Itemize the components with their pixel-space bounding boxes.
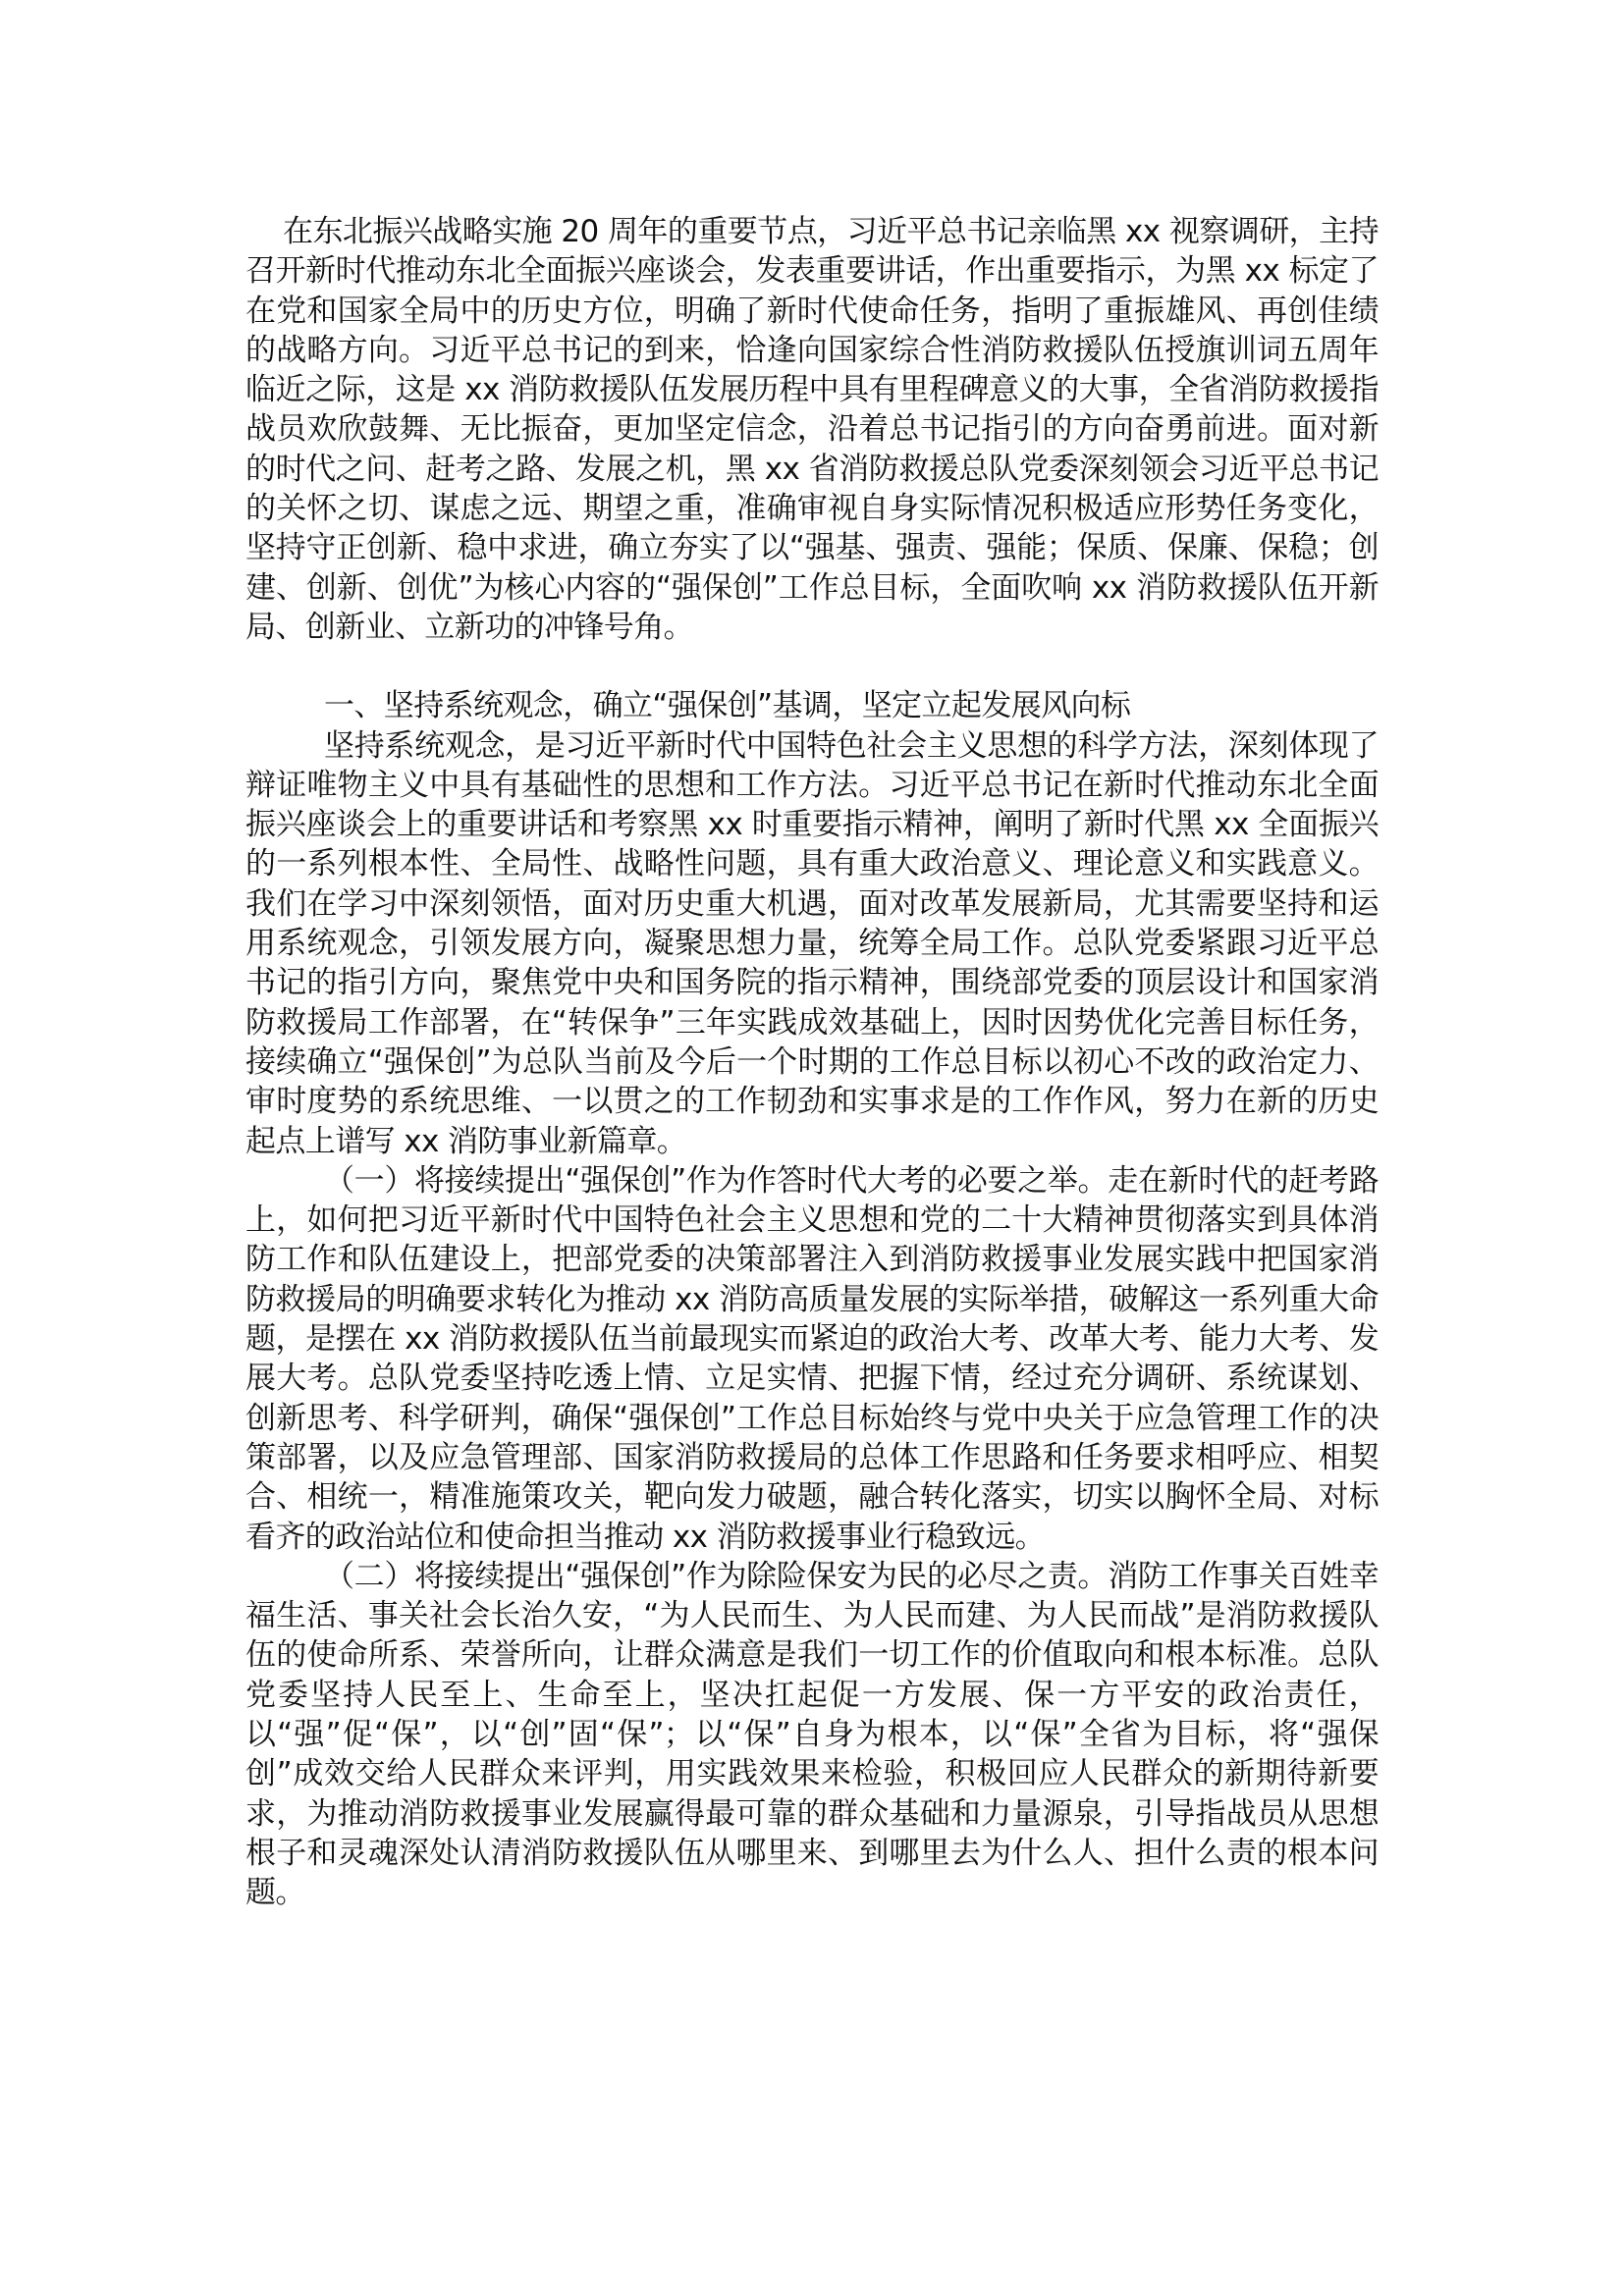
subsection-1-paragraph: （一）将接续提出“强保创”作为作答时代大考的必要之举。走在新时代的赶考路上，如何… (245, 1161, 1379, 1557)
subsection-2-paragraph: （二）将接续提出“强保创”作为除险保安为民的必尽之责。消防工作事关百姓幸福生活、… (245, 1557, 1379, 1913)
intro-paragraph: 在东北振兴战略实施 20 周年的重要节点，习近平总书记亲临黑 xx 视察调研，主… (245, 212, 1379, 647)
section-1-body-paragraph: 坚持系统观念，是习近平新时代中国特色社会主义思想的科学方法，深刻体现了辩证唯物主… (245, 726, 1379, 1161)
section-1-heading: 一、坚持系统观念，确立“强保创”基调，坚定立起发展风向标 (245, 686, 1379, 725)
document-page: 在东北振兴战略实施 20 周年的重要节点，习近平总书记亲临黑 xx 视察调研，主… (0, 0, 1624, 2296)
document-body: 在东北振兴战略实施 20 周年的重要节点，习近平总书记亲临黑 xx 视察调研，主… (245, 212, 1379, 1912)
